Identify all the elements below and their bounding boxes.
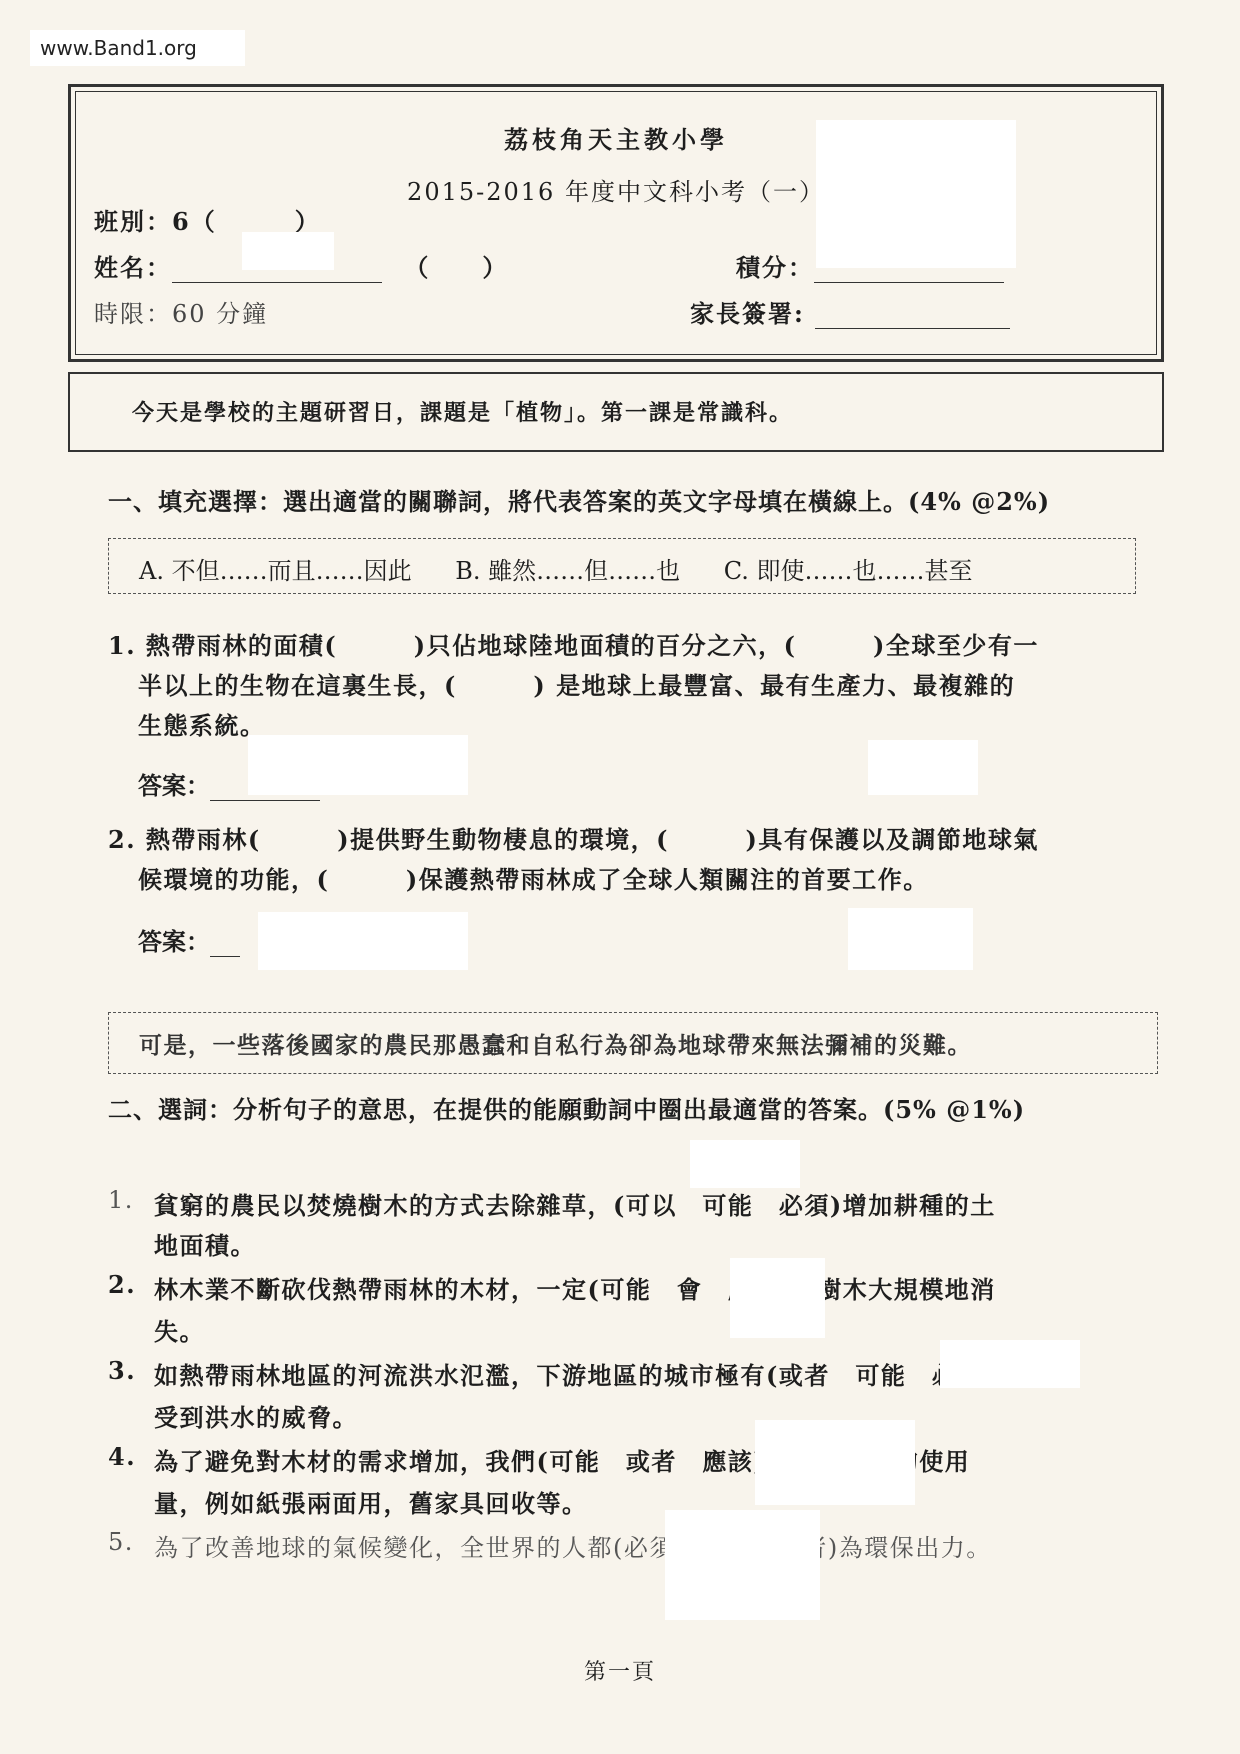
redacted-area — [816, 120, 1016, 268]
intro-box: 今天是學校的主題研習日，課題是「植物」。第一課是常識科。 — [68, 372, 1164, 452]
s1-q1-line3: 生態系統。 — [138, 706, 266, 741]
redacted-mark — [940, 1340, 1080, 1388]
score-label: 積分： — [736, 253, 814, 282]
student-number: （ ） — [404, 253, 508, 282]
option-b: B. 雖然……但……也 — [455, 557, 680, 585]
exam-header: 荔枝角天主教小學 2015-2016 年度中文科小考（一） 班別：6（ ） 姓名… — [68, 84, 1164, 362]
s2-q4-number: 4. — [108, 1442, 136, 1471]
section1-title: 一、填充選擇：選出適當的關聯詞，將代表答案的英文字母填在橫線上。(4% @2%) — [108, 482, 1050, 517]
score-blank[interactable] — [814, 258, 1004, 283]
watermark: www.Band1.org — [30, 30, 245, 66]
redacted-name — [242, 232, 334, 270]
redacted-mark — [730, 1258, 825, 1338]
parent-signature-label: 家長簽署: — [690, 299, 805, 328]
s1-q1-line1: 1. 熱帶雨林的面積( )只佔地球陸地面積的百分之六，( )全球至少有一 — [108, 626, 1039, 661]
redacted-answer — [248, 735, 468, 795]
parent-signature-field[interactable]: 家長簽署: — [690, 294, 1010, 329]
s2-q1-number: 1. — [108, 1186, 134, 1214]
quote-box: 可是，一些落後國家的農民那愚蠢和自私行為卻為地球帶來無法彌補的災難。 — [108, 1012, 1158, 1074]
redacted-mark — [755, 1420, 915, 1505]
s1-q2-line1: 2. 熱帶雨林( )提供野生動物棲息的環境，( )具有保護以及調節地球氣 — [108, 820, 1039, 855]
page-number: 第一頁 — [0, 1655, 1240, 1686]
s1-q2-answer[interactable]: 答案： — [138, 922, 240, 957]
s2-q1-line1[interactable]: 貧窮的農民以焚燒樹木的方式去除雜草，(可以 可能 必須)增加耕種的土 — [154, 1186, 996, 1221]
s1-q2-line2: 候環境的功能，( )保護熱帶雨林成了全球人類關注的首要工作。 — [138, 860, 929, 895]
redacted-mark — [690, 1140, 800, 1188]
time-limit: 時限：60 分鐘 — [94, 294, 268, 329]
redacted-mark — [868, 740, 978, 795]
section2-title: 二、選詞：分析句子的意思，在提供的能願動詞中圈出最適當的答案。(5% @1%) — [108, 1090, 1025, 1125]
s2-q4-line2: 量，例如紙張兩面用，舊家具回收等。 — [154, 1484, 588, 1519]
answer-blank[interactable] — [210, 932, 240, 957]
s2-q2-number: 2. — [108, 1270, 136, 1299]
redacted-mark — [848, 908, 973, 970]
score-field[interactable]: 積分： — [736, 248, 1004, 283]
s2-q1-line2: 地面積。 — [154, 1226, 256, 1261]
redacted-mark — [665, 1510, 820, 1620]
s2-q3-line2: 受到洪水的威脅。 — [154, 1398, 358, 1433]
options-box: A. 不但……而且……因此 B. 雖然……但……也 C. 即使……也……甚至 — [108, 538, 1136, 594]
answer-label: 答案： — [138, 771, 210, 800]
signature-blank[interactable] — [815, 304, 1010, 329]
s2-q3-line1[interactable]: 如熱帶雨林地區的河流洪水氾濫，下游地區的城市極有(或者 可能 必須) — [154, 1356, 996, 1391]
s2-q2-line1[interactable]: 林木業不斷砍伐熱帶雨林的木材，一定(可能 會 應該)令樹木大規模地消 — [154, 1270, 996, 1305]
s1-q1-line2: 半以上的生物在這裏生長，( ) 是地球上最豐富、最有生產力、最複雜的 — [138, 666, 1015, 701]
redacted-answer — [258, 912, 468, 970]
option-c: C. 即使……也……甚至 — [724, 557, 973, 585]
s2-q5-number: 5. — [108, 1528, 134, 1556]
option-a: A. 不但……而且……因此 — [139, 557, 412, 585]
s2-q5-line1[interactable]: 為了改善地球的氣候變化，全世界的人都(必須 可能 或者)為環保出力。 — [154, 1528, 992, 1563]
s2-q2-line2: 失。 — [154, 1312, 205, 1347]
name-label: 姓名： — [94, 253, 172, 282]
answer-label: 答案： — [138, 927, 210, 956]
s2-q3-number: 3. — [108, 1356, 136, 1385]
